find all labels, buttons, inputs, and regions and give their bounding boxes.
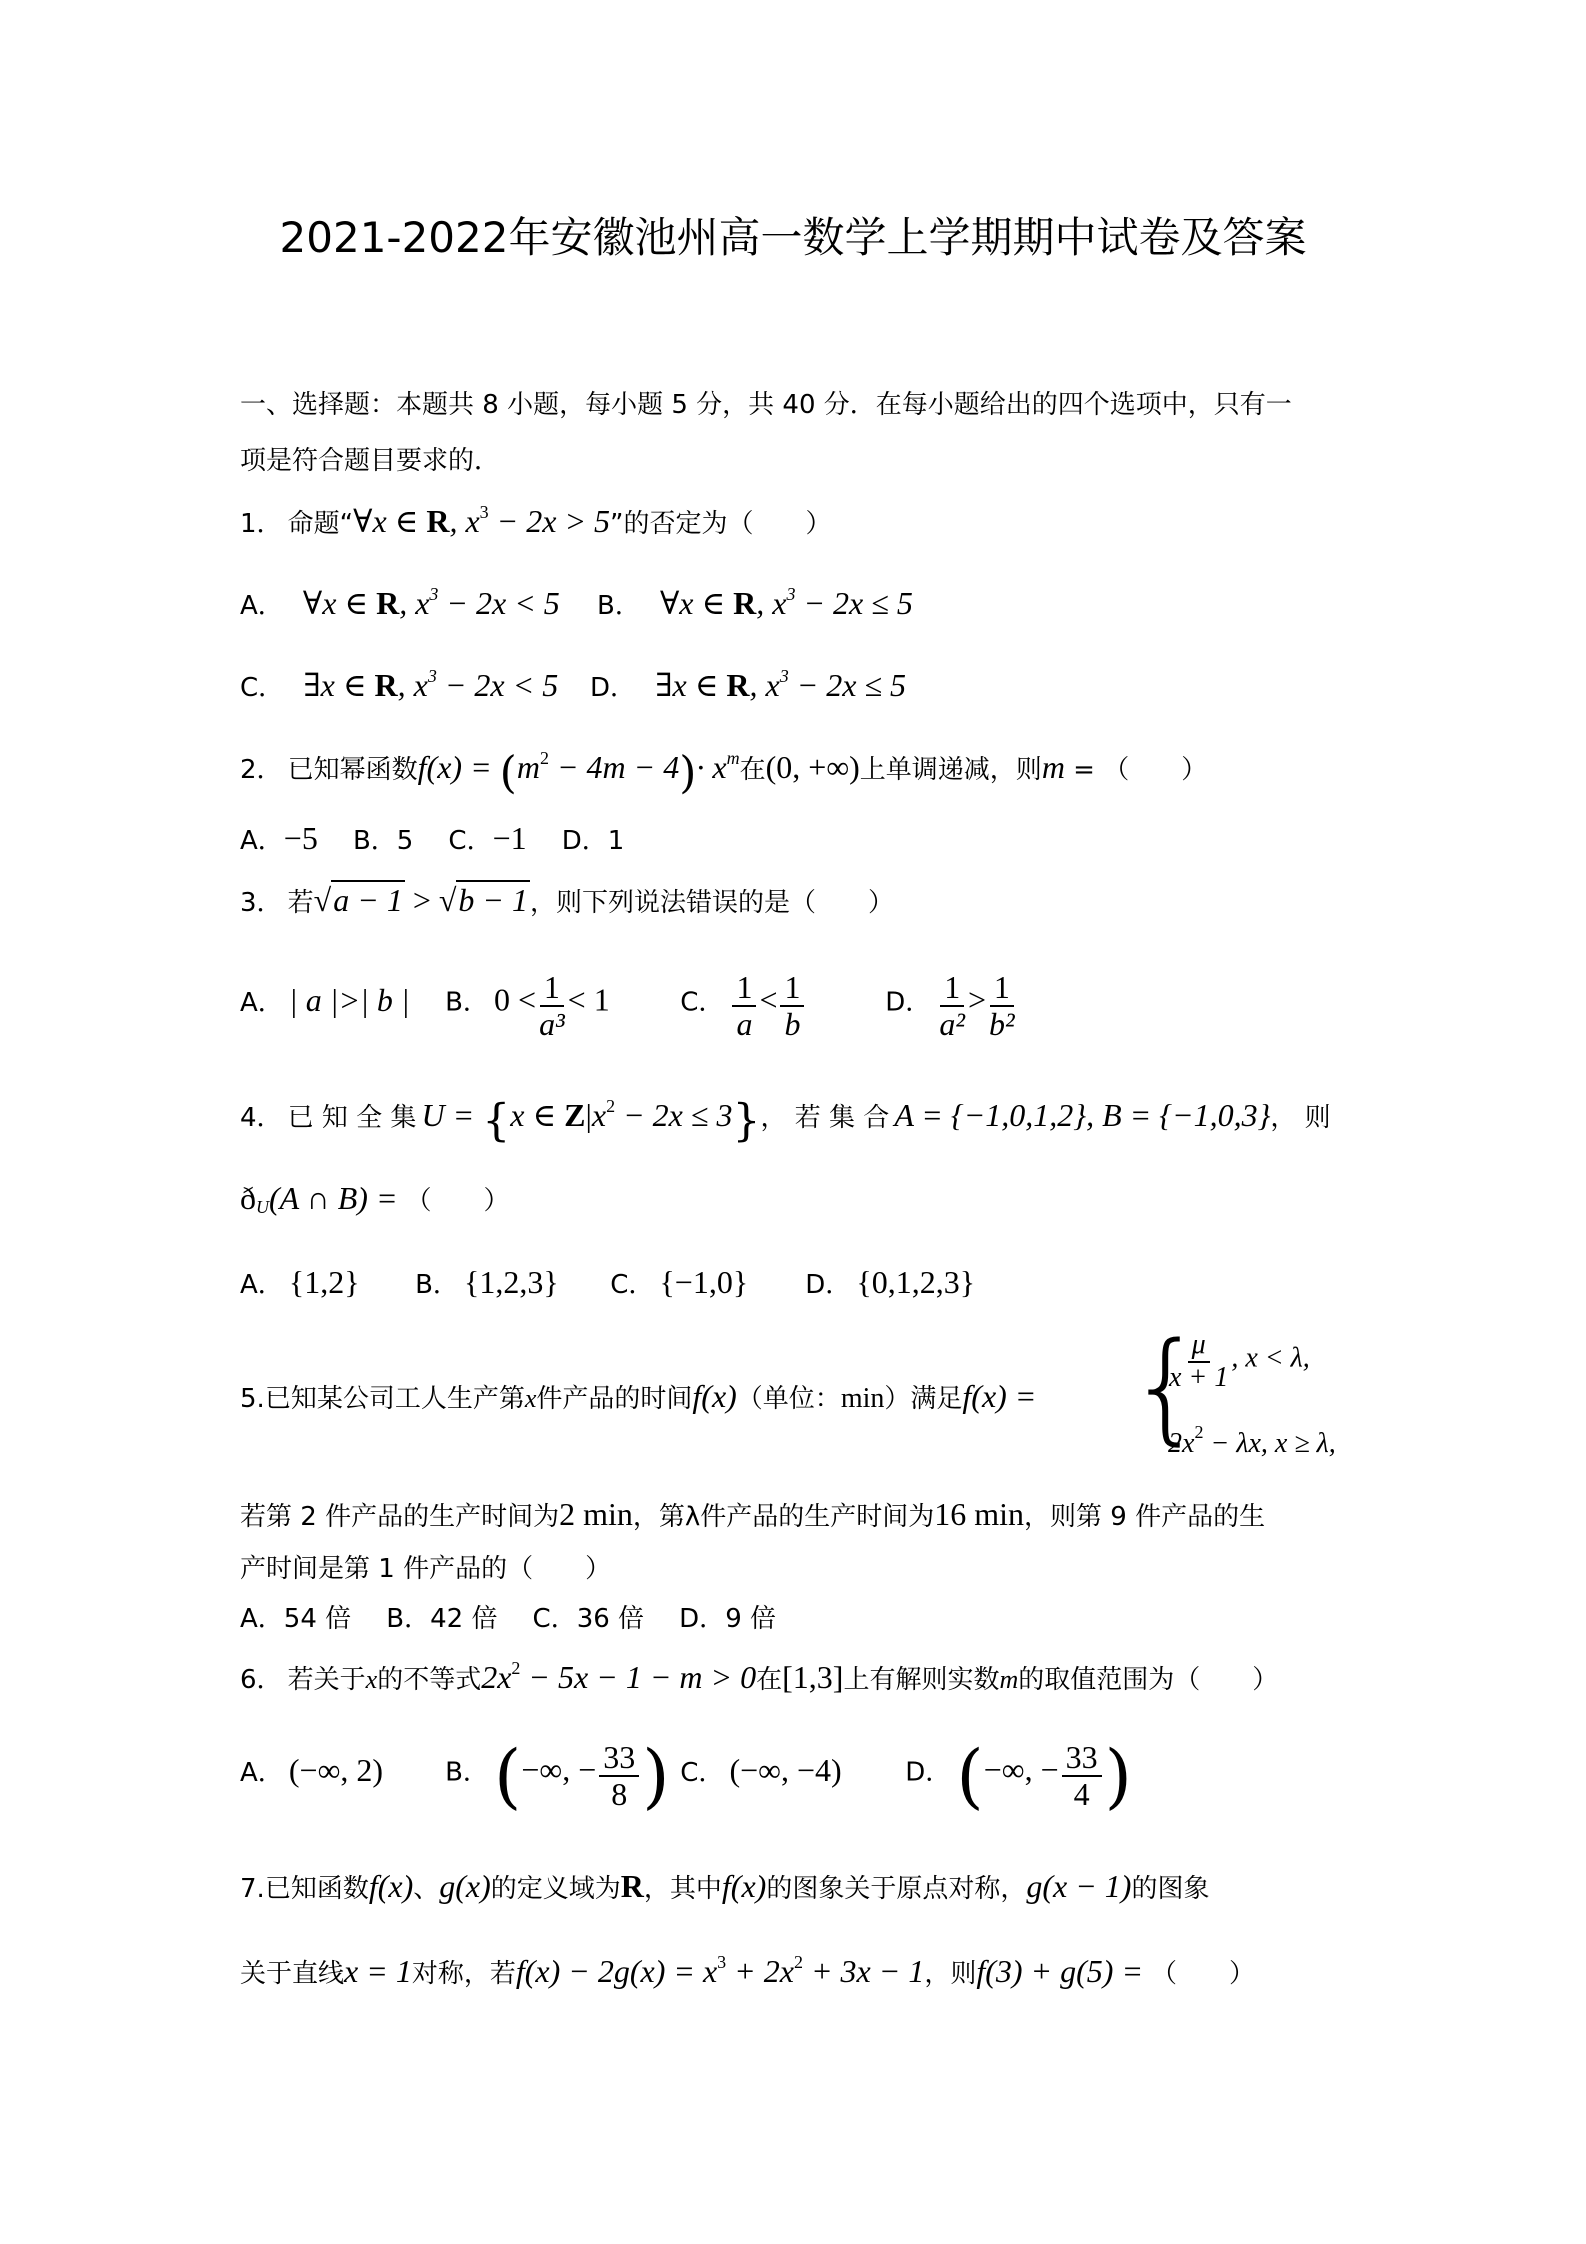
- q6-option-b[interactable]: B． (−∞, −338): [445, 1740, 675, 1812]
- math-expr: ∀x ∈ R, x3 − 2x > 5: [353, 503, 610, 539]
- question-5-line2: 若第 2 件产品的生产时间为2 min，第λ件产品的生产时间为16 min，则第…: [240, 1496, 1265, 1533]
- page-title: 2021-2022年安徽池州高一数学上学期期中试卷及答案: [0, 205, 1586, 265]
- question-text: ”的否定为（ ）: [610, 509, 831, 539]
- q3-option-d[interactable]: D． 1a²>1b²: [885, 970, 1017, 1042]
- question-6: 6． 若关于x的不等式2x2 − 5x − 1 − m > 0在[1,3]上有解…: [240, 1658, 1278, 1696]
- q5-option-d[interactable]: D．9 倍: [679, 1612, 776, 1631]
- question-4: 4． 已 知 全 集 U = {x ∈ Z|x2 − 2x ≤ 3}， 若 集 …: [240, 1096, 1331, 1144]
- question-7-line2: 关于直线x = 1对称，若f(x) − 2g(x) = x3 + 2x2 + 3…: [240, 1952, 1255, 1990]
- q3-options: A． | a |>| b | B． 0 <1a³< 1 C． 1a<1b D． …: [240, 970, 1018, 1042]
- q4-option-b[interactable]: B． {1,2,3}: [415, 1264, 575, 1301]
- q5-option-b[interactable]: B．42 倍: [386, 1612, 497, 1631]
- q6-option-d[interactable]: D． (−∞, −334): [905, 1740, 1132, 1812]
- q5-option-c[interactable]: C．36 倍: [533, 1612, 645, 1631]
- question-5: 5.已知某公司工人生产第x件产品的时间f(x)（单位：min）满足f(x) =: [240, 1378, 1036, 1415]
- q1-option-b[interactable]: B． ∀x ∈ R, x3 − 2x ≤ 5: [597, 584, 913, 622]
- question-2: 2． 已知幂函数f(x) = (m2 − 4m − 4)· xm在(0, +∞)…: [240, 748, 1207, 796]
- section-instructions-line1: 一、选择题：本题共 8 小题，每小题 5 分，共 40 分．在每小题给出的四个选…: [240, 384, 1292, 421]
- q3-option-b[interactable]: B． 0 <1a³< 1: [445, 970, 675, 1042]
- q1-option-c[interactable]: C． ∃x ∈ R, x3 − 2x < 5: [240, 666, 558, 704]
- q2-option-a[interactable]: A．−5: [240, 834, 318, 853]
- question-5-line3: 产时间是第 1 件产品的（ ）: [240, 1548, 611, 1585]
- q6-options: A． (−∞, 2) B． (−∞, −338) C． (−∞, −4) D． …: [240, 1740, 1132, 1812]
- q6-option-c[interactable]: C． (−∞, −4): [680, 1752, 900, 1789]
- question-1: 1． 命题“∀x ∈ R, x3 − 2x > 5”的否定为（ ）: [240, 502, 832, 540]
- question-number: 1．: [240, 509, 283, 539]
- q3-option-c[interactable]: C． 1a<1b: [680, 970, 880, 1042]
- q2-option-d[interactable]: D．1: [562, 834, 625, 853]
- q1-option-d[interactable]: D． ∃x ∈ R, x3 − 2x ≤ 5: [590, 666, 906, 704]
- q5-options: A．54 倍 B．42 倍 C．36 倍 D．9 倍: [240, 1598, 806, 1635]
- q4-option-c[interactable]: C． {−1,0}: [610, 1264, 770, 1301]
- q1-option-a[interactable]: A． ∀x ∈ R, x3 − 2x < 5: [240, 584, 560, 622]
- q4-option-a[interactable]: A． {1,2}: [240, 1264, 380, 1301]
- section-instructions-line2: 项是符合题目要求的．: [240, 440, 500, 477]
- q2-option-c[interactable]: C．−1: [448, 834, 526, 853]
- q6-option-a[interactable]: A． (−∞, 2): [240, 1752, 440, 1789]
- q4-option-d[interactable]: D． {0,1,2,3}: [805, 1278, 975, 1297]
- q5-option-a[interactable]: A．54 倍: [240, 1612, 351, 1631]
- q2-option-b[interactable]: B．5: [353, 834, 413, 853]
- question-4-line2: ðU(A ∩ B) = （ ）: [240, 1180, 510, 1218]
- question-3: 3． 若√a − 1 > √b − 1，则下列说法错误的是（ ）: [240, 882, 894, 919]
- q3-option-a[interactable]: A． | a |>| b |: [240, 982, 440, 1019]
- q4-options: A． {1,2} B． {1,2,3} C． {−1,0} D． {0,1,2,…: [240, 1264, 1005, 1301]
- question-text: 命题“: [288, 509, 353, 539]
- question-7: 7.已知函数f(x)、g(x)的定义域为R，其中f(x)的图象关于原点对称，g(…: [240, 1868, 1209, 1905]
- q2-options: A．−5 B．5 C．−1 D．1: [240, 820, 654, 857]
